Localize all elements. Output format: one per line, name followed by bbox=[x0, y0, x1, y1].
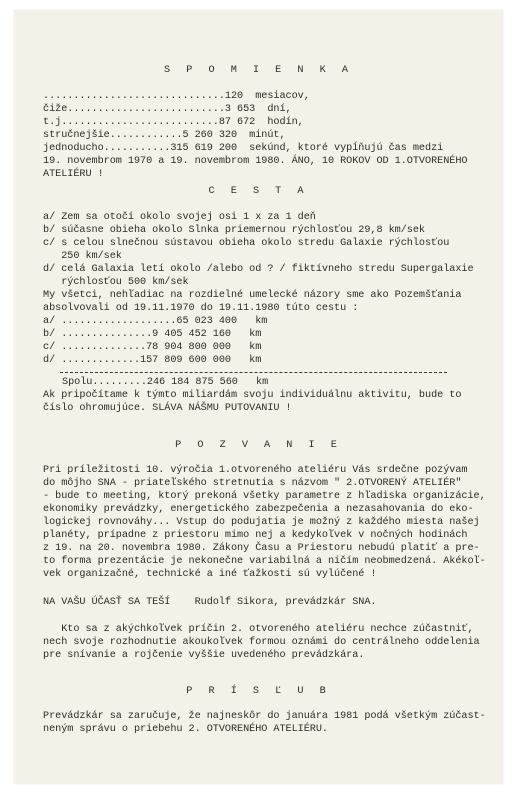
pozvanie-line: vek organizačné, technické a iné ťažkost… bbox=[43, 569, 377, 582]
distance-total: Spolu.........246 184 875 560 km bbox=[62, 377, 268, 390]
spomienka-line: t.j..........................87 672 hodí… bbox=[43, 117, 304, 130]
cesta-item: c/ s celou slnečnou sústavou obieha okol… bbox=[43, 238, 449, 251]
cesta-closing: Ak pripočítame k týmto miliardám svoju i… bbox=[43, 390, 461, 403]
heading-cesta: C E S T A bbox=[14, 186, 503, 199]
cesta-item: b/ súčasne obieha okolo Slnka priemernou… bbox=[43, 225, 425, 238]
note-line: pre snívanie a rojčenie vyššie uvedeného… bbox=[43, 650, 364, 663]
spomienka-line: 19. novembrom 1970 a 19. novembrom 1980.… bbox=[43, 156, 467, 169]
spomienka-line: jednoducho...........315 619 200 sekúnd,… bbox=[43, 143, 443, 156]
pozvanie-line: logickej rovnováhy... Vstup do podujatia… bbox=[43, 517, 480, 530]
cesta-closing: číslo ohromujúce. SLÁVA NÁŠMU PUTOVANIU … bbox=[43, 403, 292, 416]
cesta-item: a/ Zem sa otočí okolo svojej osi 1 x za … bbox=[43, 212, 316, 225]
pozvanie-line: z 19. na 20. novembra 1980. Zákony Času … bbox=[43, 543, 480, 556]
cesta-intro: My všetci, nehľadiac na rozdielné umelec… bbox=[43, 290, 461, 303]
pozvanie-line: to forma prezentácie je nekonečne variab… bbox=[43, 556, 486, 569]
spomienka-line: ATELIÉRU ! bbox=[43, 169, 104, 182]
signature-line: NA VAŠU ÚČASŤ SA TEŠÍ Rudolf Sikora, pre… bbox=[43, 597, 377, 610]
cesta-item: d/ celá Galaxia letí okolo /alebo od ? /… bbox=[43, 264, 474, 277]
spomienka-line: ..............................120 mesiac… bbox=[43, 91, 310, 104]
distance-row: a/ ...................65 023 400 km bbox=[43, 316, 267, 329]
note-line: nech svoje rozhodnutie akoukoľvek formou… bbox=[43, 637, 480, 650]
prislub-line: neným správu o priebehu 2. OTVORENÉHO AT… bbox=[43, 724, 328, 737]
distance-row: c/ ..............78 904 800 000 km bbox=[43, 342, 261, 355]
spomienka-line: stručnejšie............5 260 320 minút, bbox=[43, 130, 286, 143]
typewritten-page: S P O M I E N K A ......................… bbox=[14, 10, 503, 784]
cesta-item: rýchlosťou 500 km/sek bbox=[43, 277, 189, 290]
pozvanie-line: ekonomiky prevádzky, energetického zabez… bbox=[43, 504, 474, 517]
document-body: S P O M I E N K A ......................… bbox=[14, 10, 503, 784]
pozvanie-line: Pri príležitosti 10. výročia 1.otvorenéh… bbox=[43, 465, 467, 478]
pozvanie-line: - bude to meeting, ktorý prekoná všetky … bbox=[43, 491, 486, 504]
distance-row: d/ .............157 809 600 000 km bbox=[43, 355, 261, 368]
note-line: Kto sa z akýchkoľvek príčin 2. otvorenéh… bbox=[43, 624, 474, 637]
sum-divider bbox=[60, 372, 447, 373]
pozvanie-line: planéty, prípadne z priestoru mimo nej a… bbox=[43, 530, 467, 543]
distance-row: b/ ...............9 405 452 160 km bbox=[43, 329, 261, 342]
cesta-item: 250 km/sek bbox=[43, 251, 122, 264]
cesta-intro: absolvovali od 19.11.1970 do 19.11.1980 … bbox=[43, 303, 358, 316]
pozvanie-line: do môjho SNA - priateľského stretnutia s… bbox=[43, 478, 461, 491]
heading-prislub: P R Í S Ľ U B bbox=[14, 686, 503, 699]
prislub-line: Prevádzkár sa zaručuje, že najneskôr do … bbox=[43, 711, 486, 724]
heading-spomienka: S P O M I E N K A bbox=[14, 65, 503, 78]
spomienka-line: čiže..........................3 653 dní, bbox=[43, 104, 292, 117]
heading-pozvanie: P O Z V A N I E bbox=[14, 440, 503, 453]
